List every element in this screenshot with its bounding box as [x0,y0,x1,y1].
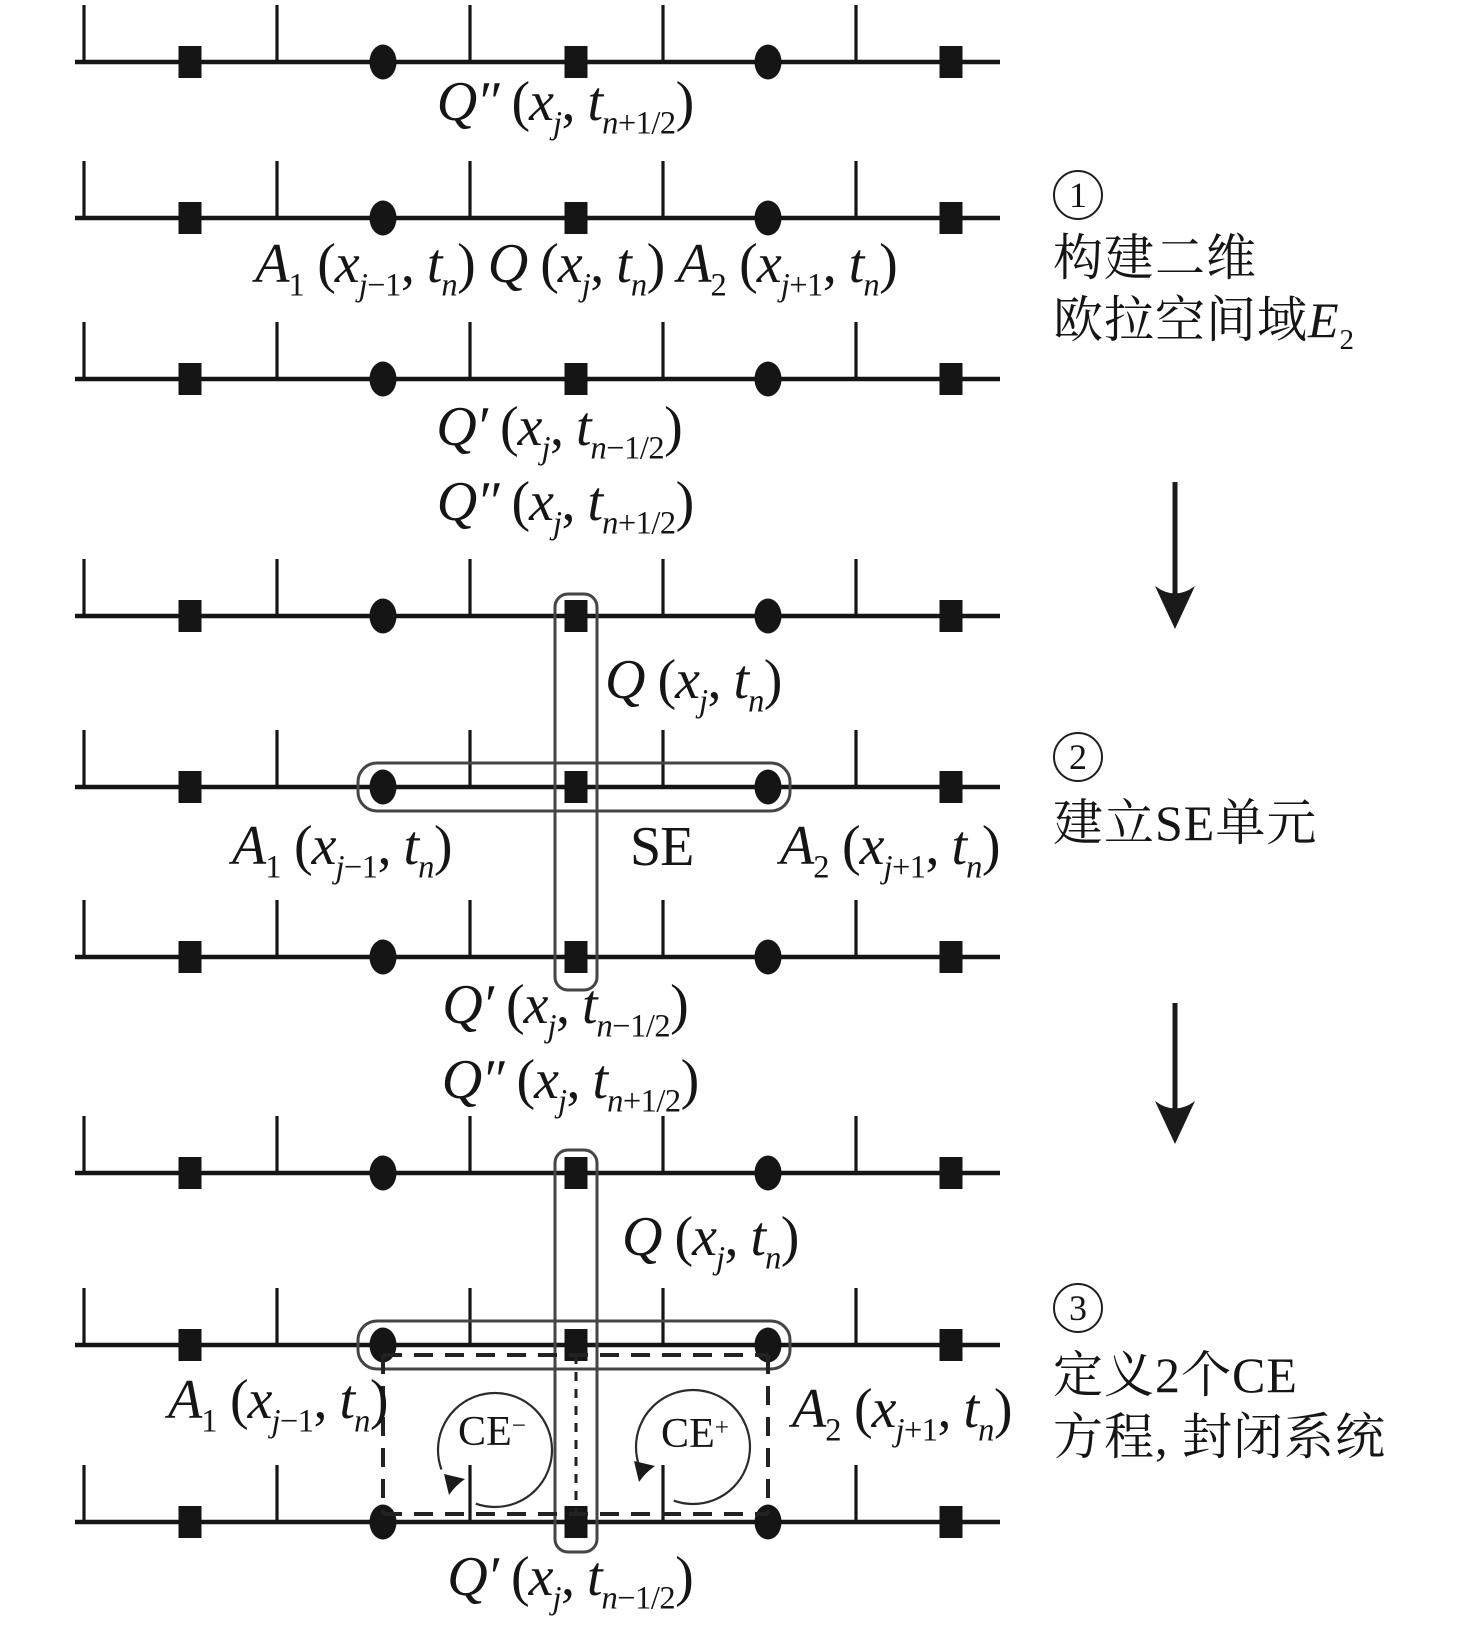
step-3-number-badge: 3 [1053,1283,1103,1333]
label-q-p2: Q (xj, tn) [605,649,781,720]
grid-row [75,1288,1000,1363]
label-se: SE [630,816,693,879]
grid-row [75,559,1000,634]
label-ce-plus: CE+ [661,1411,729,1458]
ce-minus-arrowhead-icon [444,1474,465,1495]
flow-arrow-down-1 [1155,482,1195,629]
grid-row [75,322,1000,397]
label-a1-q-a2-row-p1: A1 (xj−1, tn) Q (xj, tn) A2 (xj+1, tn) [255,233,896,304]
label-a2-p2: A2 (xj+1, tn) [780,815,1000,886]
grid-row [75,730,1000,805]
label-a1-p2: A1 (xj−1, tn) [232,815,452,886]
cese-construction-figure: Q″ (xj, tn+1/2) A1 (xj−1, tn) Q (xj, tn)… [0,0,1476,1627]
label-ce-minus: CE− [458,1409,526,1456]
step-1-text-line-2: 欧拉空间域E2 [1053,295,1354,355]
label-a2-p3: A2 (xj+1, tn) [792,1378,1012,1449]
step-3-text-line-1: 定义2个CE [1053,1350,1298,1400]
label-q-prime-p1: Q′ (xj, tn−1/2) [436,396,682,467]
label-q-prime-p3: Q′ (xj, tn−1/2) [447,1546,693,1617]
step-2-text-line-1: 建立SE单元 [1053,798,1317,848]
step-2-number-badge: 2 [1053,732,1103,782]
label-q-doubleprime-p2: Q″ (xj, tn+1/2) [437,471,694,542]
step-1-text-line-1: 构建二维 [1053,233,1257,283]
grid-row [75,5,1000,80]
grid-row [75,900,1000,975]
flow-arrow-down-2 [1155,1003,1195,1144]
label-q-p3: Q (xj, tn) [622,1206,798,1277]
grid-row [75,1465,1000,1540]
label-q-doubleprime-p3: Q″ (xj, tn+1/2) [442,1049,699,1120]
step-3-text-line-2: 方程, 封闭系统 [1053,1412,1386,1462]
step-1-number-badge: 1 [1053,170,1103,220]
grid-row [75,1116,1000,1191]
label-q-doubleprime-p1: Q″ (xj, tn+1/2) [437,71,694,142]
label-a1-p3: A1 (xj−1, tn) [168,1369,388,1440]
ce-plus-arrowhead-icon [634,1461,655,1482]
label-q-prime-p2: Q′ (xj, tn−1/2) [442,974,688,1045]
grid-row [75,161,1000,236]
